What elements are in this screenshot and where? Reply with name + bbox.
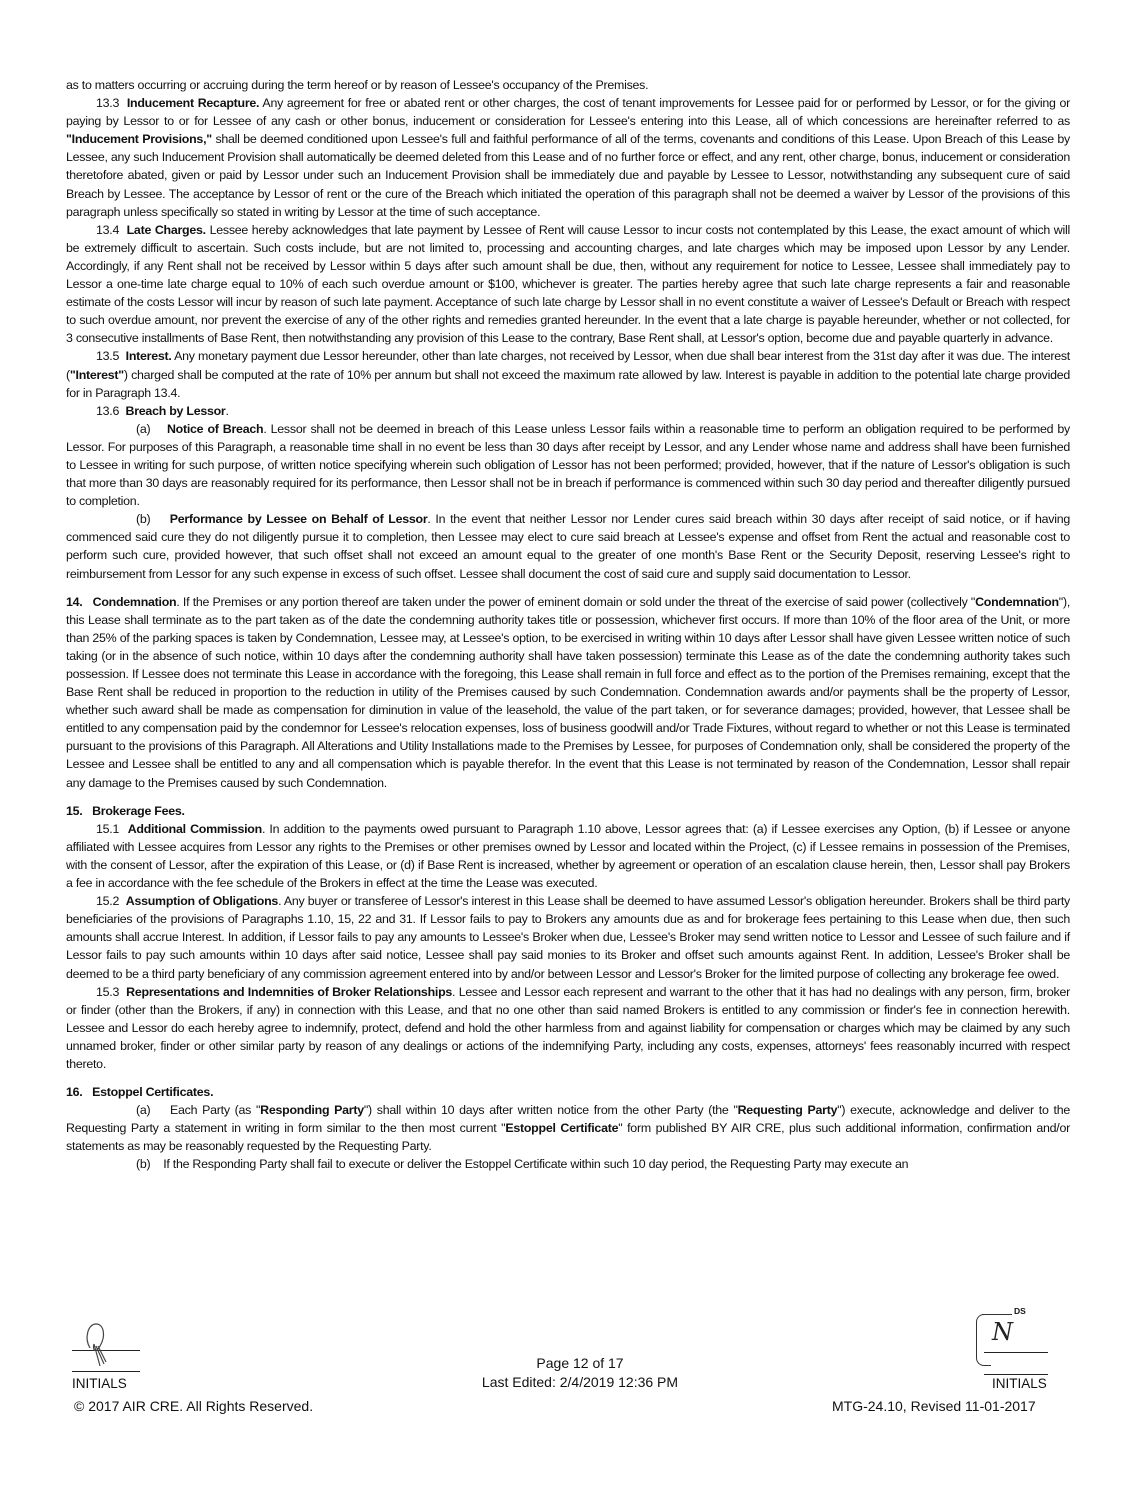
handwritten-initials-icon: [82, 1320, 122, 1380]
paragraph-title: Breach by Lessor: [126, 404, 226, 418]
defined-term: Estoppel Certificate: [505, 1121, 618, 1135]
section-16-heading: 16. Estoppel Certificates.: [66, 1083, 1070, 1101]
paragraph-number: 13.6: [96, 404, 119, 418]
document-page: as to matters occurring or accruing duri…: [66, 76, 1070, 1174]
initials-line: [72, 1350, 140, 1351]
initials-label-right: INITIALS: [992, 1376, 1047, 1391]
initials-box-right: DS N: [976, 1306, 1048, 1376]
last-edited: Last Edited: 2/4/2019 12:36 PM: [420, 1373, 740, 1392]
paragraph-text: . If the Premises or any portion thereof…: [176, 595, 975, 609]
spacer: [66, 583, 1070, 593]
section-14: 14. Condemnation. If the Premises or any…: [66, 593, 1070, 792]
initials-line: [984, 1352, 1048, 1353]
paragraph-13-3: 13.3 Inducement Recapture. Any agreement…: [66, 94, 1070, 221]
continuation-text: as to matters occurring or accruing duri…: [66, 76, 1070, 94]
paragraph-number: 13.5: [96, 349, 119, 363]
paragraph-number: 13.4: [96, 223, 119, 237]
paragraph-number: 15.2: [96, 894, 119, 908]
paragraph-number: 15.1: [96, 822, 119, 836]
paragraph-title: Assumption of Obligations: [126, 894, 278, 908]
paragraph-13-6-a: (a) Notice of Breach. Lessor shall not b…: [66, 420, 1070, 510]
paragraph-title: Inducement Recapture.: [127, 96, 259, 110]
defined-term: "Interest": [70, 368, 124, 382]
paragraph-title: Late Charges.: [127, 223, 206, 237]
paragraph-16-a: (a) Each Party (as "Responding Party") s…: [66, 1101, 1070, 1155]
paragraph-text: ) charged shall be computed at the rate …: [66, 368, 1070, 400]
paragraph-number: 13.3: [96, 96, 119, 110]
subparagraph-title: Performance by Lessee on Behalf of Lesso…: [170, 512, 428, 526]
section-number: 15.: [66, 804, 82, 818]
paragraph-text: shall be deemed conditioned upon Lessee'…: [66, 132, 1070, 218]
subparagraph-label: (a): [136, 1103, 150, 1117]
paragraph-16-b: (b) If the Responding Party shall fail t…: [66, 1155, 1070, 1173]
paragraph-13-6: 13.6 Breach by Lessor.: [66, 402, 1070, 420]
subparagraph-title: Notice of Breach: [167, 422, 263, 436]
spacer: [66, 792, 1070, 802]
section-title: Brokerage Fees.: [92, 804, 185, 818]
subparagraph-label: (b): [136, 1157, 150, 1171]
initials-label-left: INITIALS: [72, 1376, 127, 1391]
section-15-heading: 15. Brokerage Fees.: [66, 802, 1070, 820]
subparagraph-label: (b): [136, 512, 150, 526]
paragraph-15-2: 15.2 Assumption of Obligations. Any buye…: [66, 892, 1070, 982]
paragraph-title: Representations and Indemnities of Broke…: [126, 985, 452, 999]
paragraph-13-4: 13.4 Late Charges. Lessee hereby acknowl…: [66, 221, 1070, 348]
docusign-tag: DS: [1014, 1306, 1026, 1316]
paragraph-number: 15.3: [96, 985, 119, 999]
section-number: 14.: [66, 595, 82, 609]
paragraph-text: "), this Lease shall terminate as to the…: [66, 595, 1070, 790]
defined-term: "Inducement Provisions,": [66, 132, 212, 146]
paragraph-13-5: 13.5 Interest. Any monetary payment due …: [66, 347, 1070, 401]
initials-line: [72, 1371, 140, 1372]
punctuation: .: [226, 404, 229, 418]
form-revision: MTG-24.10, Revised 11-01-2017: [832, 1398, 1036, 1414]
docusign-bracket: [976, 1314, 991, 1366]
section-title: Condemnation: [93, 595, 177, 609]
initials-box-left: [72, 1338, 140, 1376]
docusign-topline: [982, 1314, 1012, 1315]
paragraph-text: If the Responding Party shall fail to ex…: [163, 1157, 908, 1171]
paragraph-15-3: 15.3 Representations and Indemnities of …: [66, 983, 1070, 1073]
copyright-text: © 2017 AIR CRE. All Rights Reserved.: [74, 1398, 313, 1414]
section-number: 16.: [66, 1085, 82, 1099]
paragraph-text: Each Party (as ": [170, 1103, 260, 1117]
paragraph-15-1: 15.1 Additional Commission. In addition …: [66, 820, 1070, 892]
paragraph-text: Lessee hereby acknowledges that late pay…: [66, 223, 1070, 346]
page-info: Page 12 of 17 Last Edited: 2/4/2019 12:3…: [420, 1354, 740, 1392]
defined-term: Condemnation: [975, 595, 1059, 609]
page-number: Page 12 of 17: [420, 1354, 740, 1373]
initials-line: [984, 1374, 1048, 1375]
paragraph-title: Additional Commission: [128, 822, 262, 836]
signature-initial: N: [992, 1318, 1013, 1346]
section-title: Estoppel Certificates.: [92, 1085, 213, 1099]
defined-term: Responding Party: [260, 1103, 364, 1117]
subparagraph-label: (a): [136, 422, 150, 436]
paragraph-text: ") shall within 10 days after written no…: [364, 1103, 738, 1117]
defined-term: Requesting Party: [738, 1103, 838, 1117]
spacer: [66, 1073, 1070, 1083]
paragraph-13-6-b: (b) Performance by Lessee on Behalf of L…: [66, 510, 1070, 582]
paragraph-title: Interest.: [126, 349, 172, 363]
